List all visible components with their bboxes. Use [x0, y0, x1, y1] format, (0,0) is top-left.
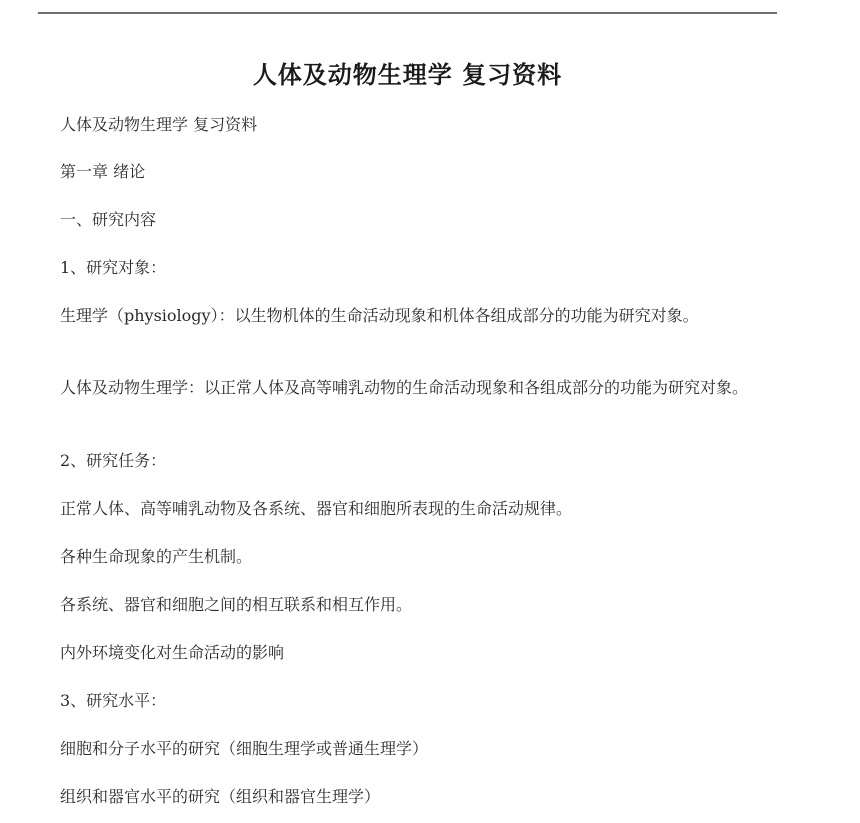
paragraph-level-2: 组织和器官水平的研究（组织和器官生理学）: [38, 785, 778, 809]
section-heading: 一、研究内容: [38, 208, 778, 232]
subsection-heading-levels: 3、研究水平：: [38, 689, 778, 713]
subtitle-paragraph: 人体及动物生理学 复习资料: [38, 113, 778, 137]
subsection-heading-objects: 1、研究对象：: [38, 256, 778, 280]
paragraph-human-animal-physiology: 人体及动物生理学：以正常人体及高等哺乳动物的生命活动现象和各组成部分的功能为研究…: [38, 376, 778, 400]
paragraph-physiology-definition: 生理学（physiology）：以生物机体的生命活动现象和机体各组成部分的功能为…: [38, 304, 778, 328]
paragraph-task-3: 各系统、器官和细胞之间的相互联系和相互作用。: [38, 593, 778, 617]
paragraph-task-1: 正常人体、高等哺乳动物及各系统、器官和细胞所表现的生命活动规律。: [38, 497, 778, 521]
header-rule: [38, 12, 777, 14]
chapter-heading: 第一章 绪论: [38, 160, 778, 184]
paragraph-level-1: 细胞和分子水平的研究（细胞生理学或普通生理学）: [38, 737, 778, 761]
paragraph-task-4: 内外环境变化对生命活动的影响: [38, 641, 778, 665]
paragraph-task-2: 各种生命现象的产生机制。: [38, 545, 778, 569]
subsection-heading-tasks: 2、研究任务：: [38, 449, 778, 473]
document-title: 人体及动物生理学 复习资料: [0, 55, 815, 90]
